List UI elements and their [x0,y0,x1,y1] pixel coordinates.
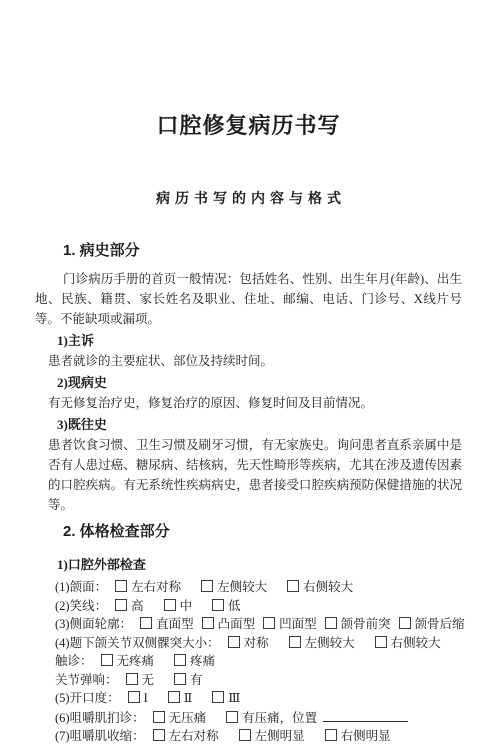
check-option: 无 [126,673,155,687]
checkbox-icon [153,711,165,723]
check-option-label: 有 [190,673,203,687]
check-option: 颌骨前突 [325,617,391,631]
history-item-body-2: 有无修复治疗史，修复治疗的原因、修复时间及目前情况。 [48,393,462,413]
checkbox-icon [399,617,411,629]
check-row-label: 关节弹响： [55,673,118,687]
check-option-label: 高 [131,599,144,613]
check-option: 左侧较大 [289,636,355,650]
check-row-8: (6)咀嚼肌扪诊：无压痛有压痛，位置 [55,708,462,728]
check-option-label: 凹面型 [279,617,317,631]
check-row-label: 触诊： [55,654,93,668]
history-items: 1)主诉患者就诊的主要症状、部位及持续时间。2)现病史有无修复治疗史，修复治疗的… [35,331,462,515]
check-option: 右侧较大 [375,636,441,650]
checkbox-icon [128,691,140,703]
check-option-label: 有压痛，位置 [242,711,317,725]
checkbox-icon [226,711,238,723]
check-row-4: (4)题下颌关节双侧髁突大小：对称左侧较大右侧较大 [55,634,462,653]
checkbox-icon [202,617,214,629]
check-option: 左侧较大 [201,580,267,594]
checkbox-icon [126,673,138,685]
check-option-label: 中 [180,599,193,613]
checkbox-icon [168,691,180,703]
history-item-heading-2: 2)现病史 [57,373,462,393]
check-option: 直面型 [140,617,194,631]
check-option: 低 [212,599,241,613]
check-option: 左右对称 [153,729,219,743]
checkbox-icon [228,636,240,648]
check-option: 凹面型 [263,617,317,631]
check-row-label: (2)笑线： [55,599,107,613]
check-row-1: (1)颌面：左右对称左侧较大右侧较大 [55,578,462,597]
history-item-body-1: 患者就诊的主要症状、部位及持续时间。 [48,351,462,371]
history-item-heading-1: 1)主诉 [57,331,462,351]
check-option-label: 无 [142,673,155,687]
document-subtitle: 病历书写的内容与格式 [35,191,462,209]
checkbox-icon [101,654,113,666]
check-option-label: 右侧较大 [303,580,353,594]
check-option-label: 左侧较大 [305,636,355,650]
check-option-label: 左侧较大 [217,580,267,594]
check-option-label: 颌骨前突 [341,617,391,631]
check-option-label: 颌骨后缩 [415,617,465,631]
checkbox-icon [263,617,275,629]
check-option-label: 左右对称 [131,580,181,594]
check-option: Ⅱ [168,691,193,705]
checkbox-icon [287,580,299,592]
check-option: 无压痛 [153,711,207,725]
check-option-label: 疼痛 [190,654,215,668]
section-history-intro: 门诊病历手册的首页一般情况：包括姓名、性别、出生年月(年龄)、出生地、民族、籍贯… [35,269,462,329]
check-option: I [128,691,148,705]
checkbox-icon [201,580,213,592]
checkbox-icon [325,617,337,629]
check-option-label: 右侧较大 [391,636,441,650]
checkbox-icon [153,729,165,741]
check-option: 颌骨后缩 [399,617,465,631]
check-option-label: I [144,691,148,705]
check-option-label: Ⅲ [228,691,240,705]
check-option-label: 低 [228,599,241,613]
check-row-label: (5)开口度： [55,691,120,705]
exam-checklist: (1)颌面：左右对称左侧较大右侧较大(2)笑线：高中低(3)侧面轮廓：直面型凸面… [35,578,462,746]
fill-in-blank-line [323,708,408,722]
check-option-label: 对称 [244,636,269,650]
checkbox-icon [115,580,127,592]
check-option: 右侧明显 [325,729,391,743]
document-title: 口腔修复病历书写 [35,112,462,139]
checkbox-icon [212,691,224,703]
check-row-label: (3)侧面轮廓： [55,617,132,631]
check-option: 凸面型 [202,617,256,631]
checkbox-icon [375,636,387,648]
checkbox-icon [289,636,301,648]
check-option: 有压痛，位置 [226,711,317,725]
checkbox-icon [174,673,186,685]
checkbox-icon [174,654,186,666]
checkbox-icon [212,599,224,611]
history-item-heading-3: 3)既往史 [57,415,462,435]
check-row-label: (7)咀嚼肌收缩： [55,729,145,743]
check-option-label: 右侧明显 [341,729,391,743]
check-option: Ⅲ [212,691,240,705]
section-history-heading: 1. 病史部分 [63,241,462,261]
check-option-label: 直面型 [156,617,194,631]
check-row-label: (6)咀嚼肌扪诊： [55,711,145,725]
check-row-6: 关节弹响：无有 [55,671,462,690]
check-option: 有 [174,673,203,687]
check-option: 中 [164,599,193,613]
check-option-label: 左侧明显 [255,729,305,743]
check-option: 无疼痛 [101,654,155,668]
check-row-5: 触诊：无疼痛疼痛 [55,652,462,671]
check-option-label: 左右对称 [169,729,219,743]
check-option: 左侧明显 [239,729,305,743]
check-option: 疼痛 [174,654,215,668]
check-option: 左右对称 [115,580,181,594]
section-exam-heading: 2. 体格检查部分 [63,522,462,542]
check-option: 右侧较大 [287,580,353,594]
checkbox-icon [239,729,251,741]
check-row-label: (1)颌面： [55,580,107,594]
check-option-label: 凸面型 [218,617,256,631]
check-row-9: (7)咀嚼肌收缩：左右对称左侧明显右侧明显 [55,727,462,746]
exam-subheading: 1)口腔外部检查 [57,555,462,575]
check-row-2: (2)笑线：高中低 [55,597,462,616]
check-option: 对称 [228,636,269,650]
check-option-label: 无疼痛 [117,654,155,668]
history-item-body-3: 患者饮食习惯、卫生习惯及刷牙习惯，有无家族史。询问患者直系亲属中是否有人患过癌、… [48,435,462,515]
document-page: 口腔修复病历书写 病历书写的内容与格式 1. 病史部分 门诊病历手册的首页一般情… [0,0,500,756]
checkbox-icon [115,599,127,611]
check-row-label: (4)题下颌关节双侧髁突大小： [55,636,220,650]
check-option-label: Ⅱ [184,691,193,705]
check-option: 高 [115,599,144,613]
checkbox-icon [140,617,152,629]
check-row-7: (5)开口度：IⅡⅢ [55,689,462,708]
check-option-label: 无压痛 [169,711,207,725]
checkbox-icon [164,599,176,611]
check-row-3: (3)侧面轮廓：直面型凸面型凹面型颌骨前突颌骨后缩 [55,615,462,634]
checkbox-icon [325,729,337,741]
